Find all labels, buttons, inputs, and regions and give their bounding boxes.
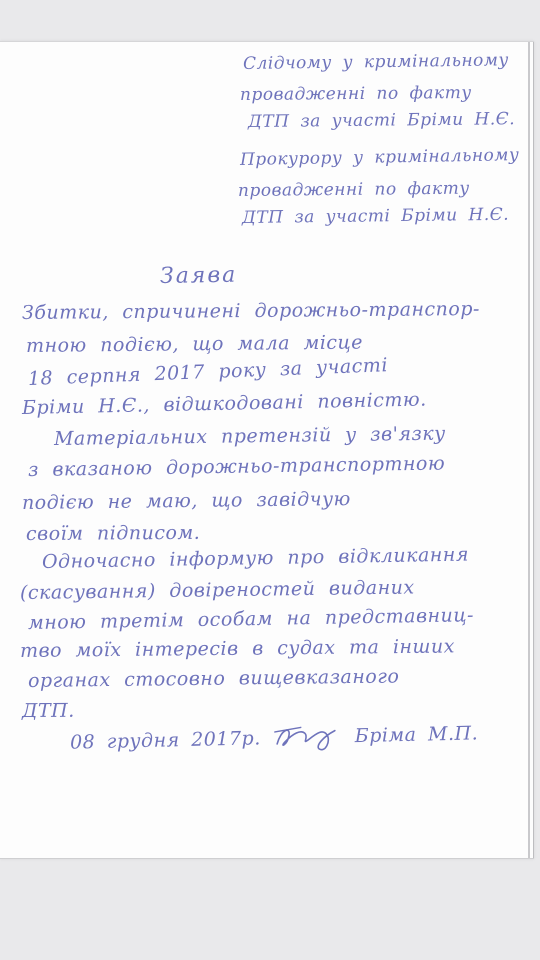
body-line: Бріми Н.Є., відшкодовані повністю. bbox=[22, 389, 427, 419]
addressee-line: ДТП за участі Бріми Н.Є. bbox=[248, 109, 515, 132]
body-line: Збитки, спричинені дорожньо-транспор- bbox=[22, 298, 480, 324]
addressee-line: Слідчому у кримінальному bbox=[243, 50, 509, 74]
addressee-line: провадженні по факту bbox=[238, 179, 470, 201]
body-line: мною третім особам на представниц- bbox=[28, 604, 474, 634]
page-edge-shadow bbox=[528, 42, 530, 858]
body-line: своїм підписом. bbox=[26, 522, 200, 545]
body-line: Одночасно інформую про відкликання bbox=[42, 544, 469, 573]
body-line: подією не маю, що завідчую bbox=[22, 488, 351, 514]
signatory-name: Бріма М.П. bbox=[354, 722, 478, 747]
signature-row: 08 грудня 2017р. Бріма М.П. bbox=[70, 715, 479, 760]
addressee-line: Прокурору у кримінальному bbox=[240, 145, 520, 170]
document-photo: Слідчому у кримінальному провадженні по … bbox=[0, 41, 534, 859]
document-title: Заява bbox=[160, 263, 238, 289]
signature-mark bbox=[270, 718, 345, 756]
body-line: Матеріальних претензій у зв'язку bbox=[54, 423, 446, 450]
body-line: тво моїх інтересів в судах та інших bbox=[20, 635, 455, 662]
body-line: органах стосовно вищевказаного bbox=[28, 665, 400, 692]
page-edge-shadow bbox=[533, 42, 534, 858]
body-line: ДТП. bbox=[22, 700, 75, 722]
body-line: 18 серпня 2017 року за участі bbox=[28, 354, 389, 390]
date-text: 08 грудня 2017р. bbox=[70, 727, 261, 753]
body-line: тною подією, що мала місце bbox=[26, 331, 363, 357]
addressee-line: ДТП за участі Бріми Н.Є. bbox=[242, 205, 509, 228]
addressee-line: провадженні по факту bbox=[240, 83, 472, 105]
body-line: (скасування) довіреностей виданих bbox=[20, 576, 415, 604]
body-line: з вказаною дорожньо-транспортною bbox=[28, 452, 445, 481]
